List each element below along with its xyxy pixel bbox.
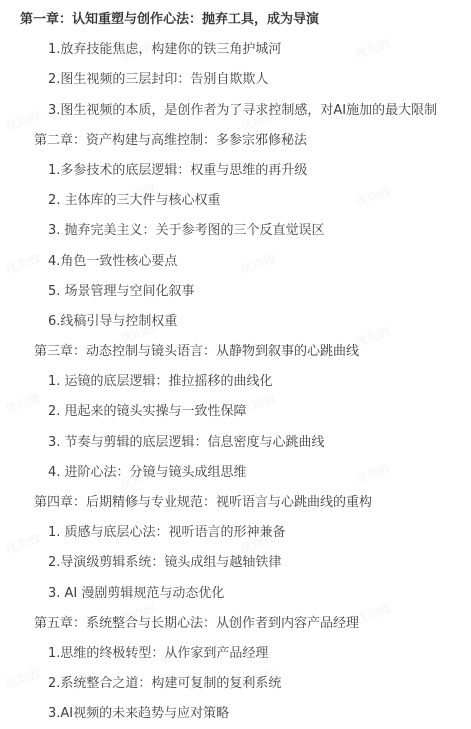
chapter-title: 第五章：系统整合与长期心法：从创作者到内容产品经理 xyxy=(0,609,471,639)
chapter-title: 第四章：后期精修与专业规范：视听语言与心跳曲线的重构 xyxy=(0,488,471,518)
chapter-title: 第一章：认知重塑与创作心法：抛弃工具，成为导演 xyxy=(0,5,471,35)
list-item: 3. 节奏与剪辑的底层逻辑：信息密度与心跳曲线 xyxy=(0,428,471,458)
list-item: 2.系统整合之道：构建可复制的复利系统 xyxy=(0,669,471,699)
table-of-contents: 第一章：认知重塑与创作心法：抛弃工具，成为导演 1.放弃技能焦虑，构建你的铁三角… xyxy=(0,5,471,729)
list-item: 1. 运镜的底层逻辑：推拉摇移的曲线化 xyxy=(0,367,471,397)
list-item: 3. AI 漫剧剪辑规范与动态优化 xyxy=(0,579,471,609)
list-item: 4.角色一致性核心要点 xyxy=(0,247,471,277)
list-item: 2.图生视频的三层封印：告别自欺欺人 xyxy=(0,65,471,95)
list-item: 2. 甩起来的镜头实操与一致性保障 xyxy=(0,397,471,427)
chapter-title: 第二章：资产构建与高维控制：多参宗邪修秘法 xyxy=(0,126,471,156)
list-item: 5. 场景管理与空间化叙事 xyxy=(0,277,471,307)
list-item: 3. 抛弃完美主义：关于参考图的三个反直觉误区 xyxy=(0,216,471,246)
list-item: 1.多参技术的底层逻辑：权重与思维的再升级 xyxy=(0,156,471,186)
list-item: 3.AI视频的未来趋势与应对策略 xyxy=(0,699,471,729)
list-item: 3.图生视频的本质，是创作者为了寻求控制感，对AI施加的最大限制 xyxy=(0,96,471,126)
list-item: 2.导演级剪辑系统：镜头成组与越轴铁律 xyxy=(0,548,471,578)
list-item: 1.放弃技能焦虑，构建你的铁三角护城河 xyxy=(0,35,471,65)
list-item: 6.线稿引导与控制权重 xyxy=(0,307,471,337)
chapter-title: 第三章：动态控制与镜头语言：从静物到叙事的心跳曲线 xyxy=(0,337,471,367)
list-item: 1.思维的终极转型：从作家到产品经理 xyxy=(0,639,471,669)
list-item: 4. 进阶心法：分镜与镜头成组思维 xyxy=(0,458,471,488)
list-item: 1. 质感与底层心法：视听语言的形神兼备 xyxy=(0,518,471,548)
list-item: 2. 主体库的三大件与核心权重 xyxy=(0,186,471,216)
